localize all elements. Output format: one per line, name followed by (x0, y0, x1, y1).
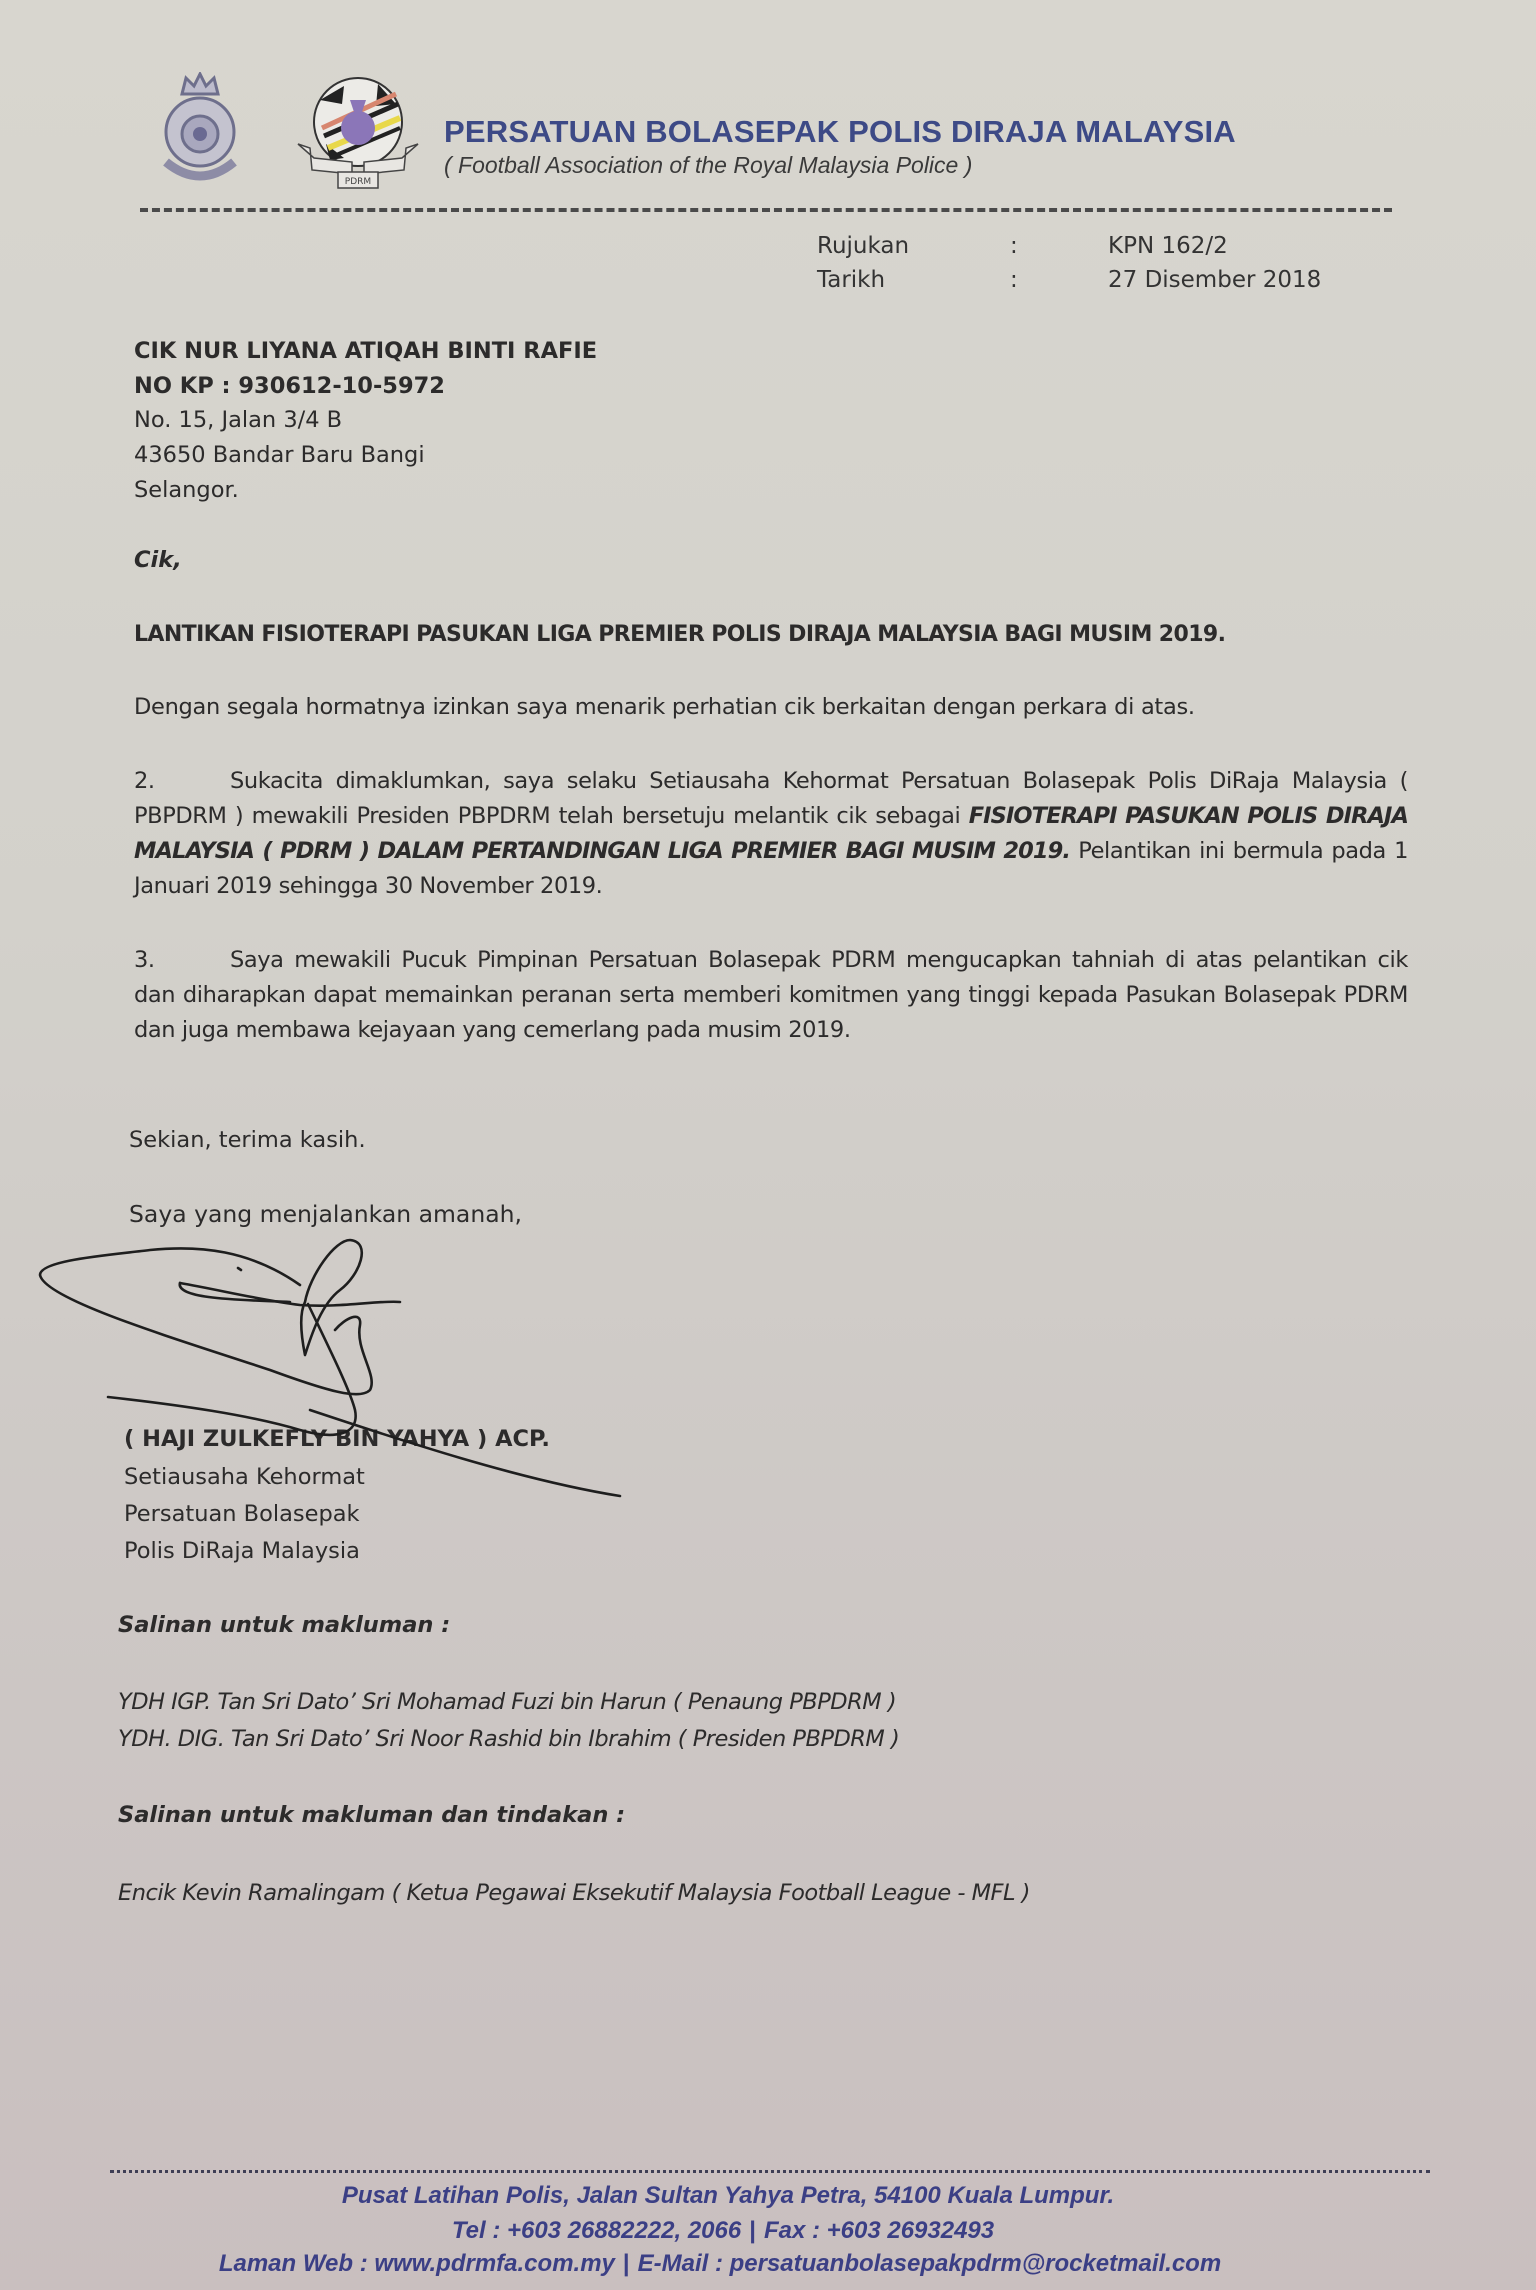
reference-label: Rujukan (817, 233, 909, 259)
recipient-address-line: Selangor. (134, 477, 239, 503)
footer-address: Pusat Latihan Polis, Jalan Sultan Yahya … (0, 2182, 1496, 2210)
footer-fax: Fax : +603 26932493 (764, 2217, 994, 2244)
reference-separator: : (1010, 233, 1018, 259)
header-divider (140, 208, 1392, 212)
signatory-name: ( HAJI ZULKEFLY BIN YAHYA ) ACP. (124, 1426, 550, 1452)
footer-website: Laman Web : www.pdrmfa.com.my (219, 2250, 615, 2277)
paragraph-3: 3.Saya mewakili Pucuk Pimpinan Persatuan… (134, 943, 1408, 1048)
closing-thanks: Sekian, terima kasih. (129, 1127, 366, 1153)
recipient-address-line: 43650 Bandar Baru Bangi (134, 442, 425, 468)
signatory-title-line: Persatuan Bolasepak (124, 1501, 360, 1527)
paragraph-number: 2. (134, 764, 230, 799)
paragraph-number: 3. (134, 943, 230, 978)
paragraph-text: Saya mewakili Pucuk Pimpinan Persatuan B… (134, 947, 1408, 1043)
paragraph-2: 2.Sukacita dimaklumkan, saya selaku Seti… (134, 764, 1408, 904)
footer-separator: | (749, 2217, 756, 2244)
recipient-id: NO KP : 930612-10-5972 (134, 373, 445, 399)
signatory-title-line: Setiausaha Kehormat (124, 1464, 365, 1490)
salutation: Cik, (134, 547, 182, 573)
royal-malaysia-police-crest-icon (152, 72, 248, 190)
copy-info-recipient: YDH. DIG. Tan Sri Dato’ Sri Noor Rashid … (118, 1726, 899, 1752)
closing-sign-off: Saya yang menjalankan amanah, (129, 1200, 522, 1228)
date-separator: : (1010, 267, 1018, 293)
footer-email: E-Mail : persatuanbolasepakpdrm@rocketma… (638, 2250, 1222, 2277)
footer-tel: Tel : +603 26882222, 2066 (452, 2217, 741, 2244)
letter-date: 27 Disember 2018 (1108, 267, 1321, 293)
organization-name-english: ( Football Association of the Royal Mala… (444, 152, 972, 179)
paragraph-1: Dengan segala hormatnya izinkan saya men… (134, 694, 1195, 720)
copy-action-heading: Salinan untuk makluman dan tindakan : (118, 1802, 625, 1828)
date-label: Tarikh (817, 267, 885, 293)
footer-contact: Tel : +603 26882222, 2066|Fax : +603 269… (0, 2217, 1491, 2245)
recipient-name: CIK NUR LIYANA ATIQAH BINTI RAFIE (134, 338, 597, 364)
reference-number: KPN 162/2 (1108, 233, 1228, 259)
footer-separator: | (623, 2250, 630, 2277)
copy-info-recipient: YDH IGP. Tan Sri Dato’ Sri Mohamad Fuzi … (118, 1689, 896, 1715)
pbpdrm-football-crest-icon: PDRM (292, 74, 424, 190)
signatory-title-line: Polis DiRaja Malaysia (124, 1538, 360, 1564)
copy-action-recipient: Encik Kevin Ramalingam ( Ketua Pegawai E… (118, 1880, 1030, 1906)
footer-divider (110, 2170, 1430, 2173)
recipient-address-line: No. 15, Jalan 3/4 B (134, 407, 342, 433)
copy-info-heading: Salinan untuk makluman : (118, 1612, 450, 1638)
svg-text:PDRM: PDRM (345, 177, 371, 187)
footer-web-email: Laman Web : www.pdrmfa.com.my|E-Mail : p… (0, 2250, 1488, 2278)
letter-subject: LANTIKAN FISIOTERAPI PASUKAN LIGA PREMIE… (134, 622, 1225, 647)
organization-name: PERSATUAN BOLASEPAK POLIS DIRAJA MALAYSI… (444, 114, 1236, 150)
